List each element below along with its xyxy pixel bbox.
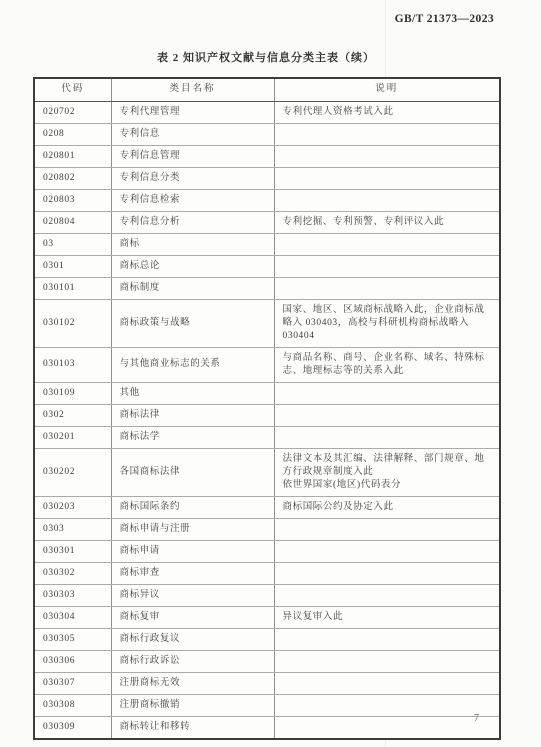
name-cell: 专利信息分类 — [111, 167, 274, 189]
table-row: 030304商标复审异议复审入此 — [34, 606, 500, 628]
note-cell — [274, 540, 500, 562]
note-cell: 国家、地区、区域商标战略入此，企业商标战略入 030403，高校与科研机构商标战… — [274, 299, 500, 347]
code-cell: 030201 — [34, 426, 111, 448]
table-row: 030307注册商标无效 — [34, 672, 500, 694]
code-cell: 020804 — [34, 211, 111, 233]
name-cell: 商标异议 — [111, 584, 274, 606]
note-cell — [274, 518, 500, 540]
column-header-note: 说明 — [274, 78, 500, 101]
name-cell: 专利信息检索 — [111, 189, 274, 211]
note-cell — [274, 167, 500, 189]
name-cell: 专利信息 — [111, 123, 274, 145]
name-cell: 商标制度 — [111, 277, 274, 299]
code-cell: 030303 — [34, 584, 111, 606]
code-cell: 030102 — [34, 299, 111, 347]
note-cell — [274, 716, 500, 739]
classification-table: 代码 类目名称 说明 020702专利代理管理专利代理人资格考试入此0208专利… — [33, 77, 501, 740]
code-cell: 020802 — [34, 167, 111, 189]
header-row: 代码 类目名称 说明 — [34, 78, 500, 101]
note-cell — [274, 672, 500, 694]
name-cell: 商标政策与战略 — [111, 299, 274, 347]
column-header-code: 代码 — [34, 78, 111, 101]
table-row: 030102商标政策与战略国家、地区、区域商标战略入此，企业商标战略入 0304… — [34, 299, 500, 347]
table-title: 表 2 知识产权文献与信息分类主表（续） — [33, 49, 499, 65]
note-cell: 商标国际公约及协定入此 — [274, 496, 500, 518]
name-cell: 专利代理管理 — [111, 101, 274, 123]
code-cell: 030309 — [34, 716, 111, 739]
table-row: 030202各国商标法律法律文本及其汇编、法律解释、部门规章、地方行政规章制度入… — [34, 448, 500, 496]
code-cell: 030306 — [34, 650, 111, 672]
table-row: 030203商标国际条约商标国际公约及协定入此 — [34, 496, 500, 518]
table-row: 0208专利信息 — [34, 123, 500, 145]
name-cell: 商标审查 — [111, 562, 274, 584]
table-row: 020803专利信息检索 — [34, 189, 500, 211]
note-cell — [274, 123, 500, 145]
table-row: 0303商标申请与注册 — [34, 518, 500, 540]
name-cell: 商标 — [111, 233, 274, 255]
code-cell: 030101 — [34, 277, 111, 299]
table-header: 代码 类目名称 说明 — [34, 78, 500, 101]
code-cell: 0208 — [34, 123, 111, 145]
name-cell: 商标复审 — [111, 606, 274, 628]
code-cell: 030302 — [34, 562, 111, 584]
note-cell — [274, 426, 500, 448]
table-row: 0301商标总论 — [34, 255, 500, 277]
code-cell: 030308 — [34, 694, 111, 716]
note-cell — [274, 650, 500, 672]
table-row: 030303商标异议 — [34, 584, 500, 606]
note-cell — [274, 277, 500, 299]
name-cell: 商标国际条约 — [111, 496, 274, 518]
code-cell: 030304 — [34, 606, 111, 628]
name-cell: 其他 — [111, 382, 274, 404]
name-cell: 商标转让和移转 — [111, 716, 274, 739]
table-row: 030109其他 — [34, 382, 500, 404]
note-cell: 与商品名称、商号、企业名称、域名、特殊标志、地理标志等的关系入此 — [274, 347, 500, 382]
name-cell: 专利信息分析 — [111, 211, 274, 233]
code-cell: 0303 — [34, 518, 111, 540]
code-cell: 03 — [34, 233, 111, 255]
note-cell — [274, 404, 500, 426]
table-body: 020702专利代理管理专利代理人资格考试入此0208专利信息020801专利信… — [34, 101, 500, 739]
code-cell: 0301 — [34, 255, 111, 277]
name-cell: 注册商标撤销 — [111, 694, 274, 716]
name-cell: 商标行政复议 — [111, 628, 274, 650]
name-cell: 商标总论 — [111, 255, 274, 277]
table-row: 030309商标转让和移转 — [34, 716, 500, 739]
standard-number: GB/T 21373—2023 — [33, 13, 494, 25]
table-row: 020802专利信息分类 — [34, 167, 500, 189]
note-cell — [274, 189, 500, 211]
code-cell: 030305 — [34, 628, 111, 650]
name-cell: 商标法学 — [111, 426, 274, 448]
name-cell: 与其他商业标志的关系 — [111, 347, 274, 382]
code-cell: 030202 — [34, 448, 111, 496]
note-cell: 法律文本及其汇编、法律解释、部门规章、地方行政规章制度入此依世界国家(地区)代码… — [274, 448, 500, 496]
document-page: { "page": { "doc_number": "GB/T 21373—20… — [0, 0, 541, 747]
note-cell — [274, 562, 500, 584]
table-row: 030103与其他商业标志的关系与商品名称、商号、企业名称、域名、特殊标志、地理… — [34, 347, 500, 382]
table-row: 030305商标行政复议 — [34, 628, 500, 650]
table-row: 03商标 — [34, 233, 500, 255]
table-row: 030201商标法学 — [34, 426, 500, 448]
code-cell: 020801 — [34, 145, 111, 167]
note-cell — [274, 255, 500, 277]
code-cell: 030103 — [34, 347, 111, 382]
name-cell: 各国商标法律 — [111, 448, 274, 496]
name-cell: 商标法律 — [111, 404, 274, 426]
table-row: 030301商标申请 — [34, 540, 500, 562]
code-cell: 030301 — [34, 540, 111, 562]
column-header-name: 类目名称 — [111, 78, 274, 101]
code-cell: 020702 — [34, 101, 111, 123]
code-cell: 030203 — [34, 496, 111, 518]
table-row: 030101商标制度 — [34, 277, 500, 299]
note-cell: 专利代理人资格考试入此 — [274, 101, 500, 123]
name-cell: 商标行政诉讼 — [111, 650, 274, 672]
table-row: 020801专利信息管理 — [34, 145, 500, 167]
note-cell — [274, 584, 500, 606]
name-cell: 专利信息管理 — [111, 145, 274, 167]
table-row: 030308注册商标撤销 — [34, 694, 500, 716]
table-row: 020702专利代理管理专利代理人资格考试入此 — [34, 101, 500, 123]
note-cell — [274, 233, 500, 255]
note-cell — [274, 628, 500, 650]
note-cell: 专利挖掘、专利预警、专利评议入此 — [274, 211, 500, 233]
note-cell — [274, 145, 500, 167]
table-row: 0302商标法律 — [34, 404, 500, 426]
code-cell: 020803 — [34, 189, 111, 211]
code-cell: 030109 — [34, 382, 111, 404]
table-row: 030302商标审查 — [34, 562, 500, 584]
note-cell — [274, 382, 500, 404]
code-cell: 030307 — [34, 672, 111, 694]
name-cell: 商标申请与注册 — [111, 518, 274, 540]
name-cell: 注册商标无效 — [111, 672, 274, 694]
table-row: 030306商标行政诉讼 — [34, 650, 500, 672]
note-cell: 异议复审入此 — [274, 606, 500, 628]
note-cell — [274, 694, 500, 716]
code-cell: 0302 — [34, 404, 111, 426]
table-row: 020804专利信息分析专利挖掘、专利预警、专利评议入此 — [34, 211, 500, 233]
name-cell: 商标申请 — [111, 540, 274, 562]
page-number: 7 — [474, 713, 480, 724]
